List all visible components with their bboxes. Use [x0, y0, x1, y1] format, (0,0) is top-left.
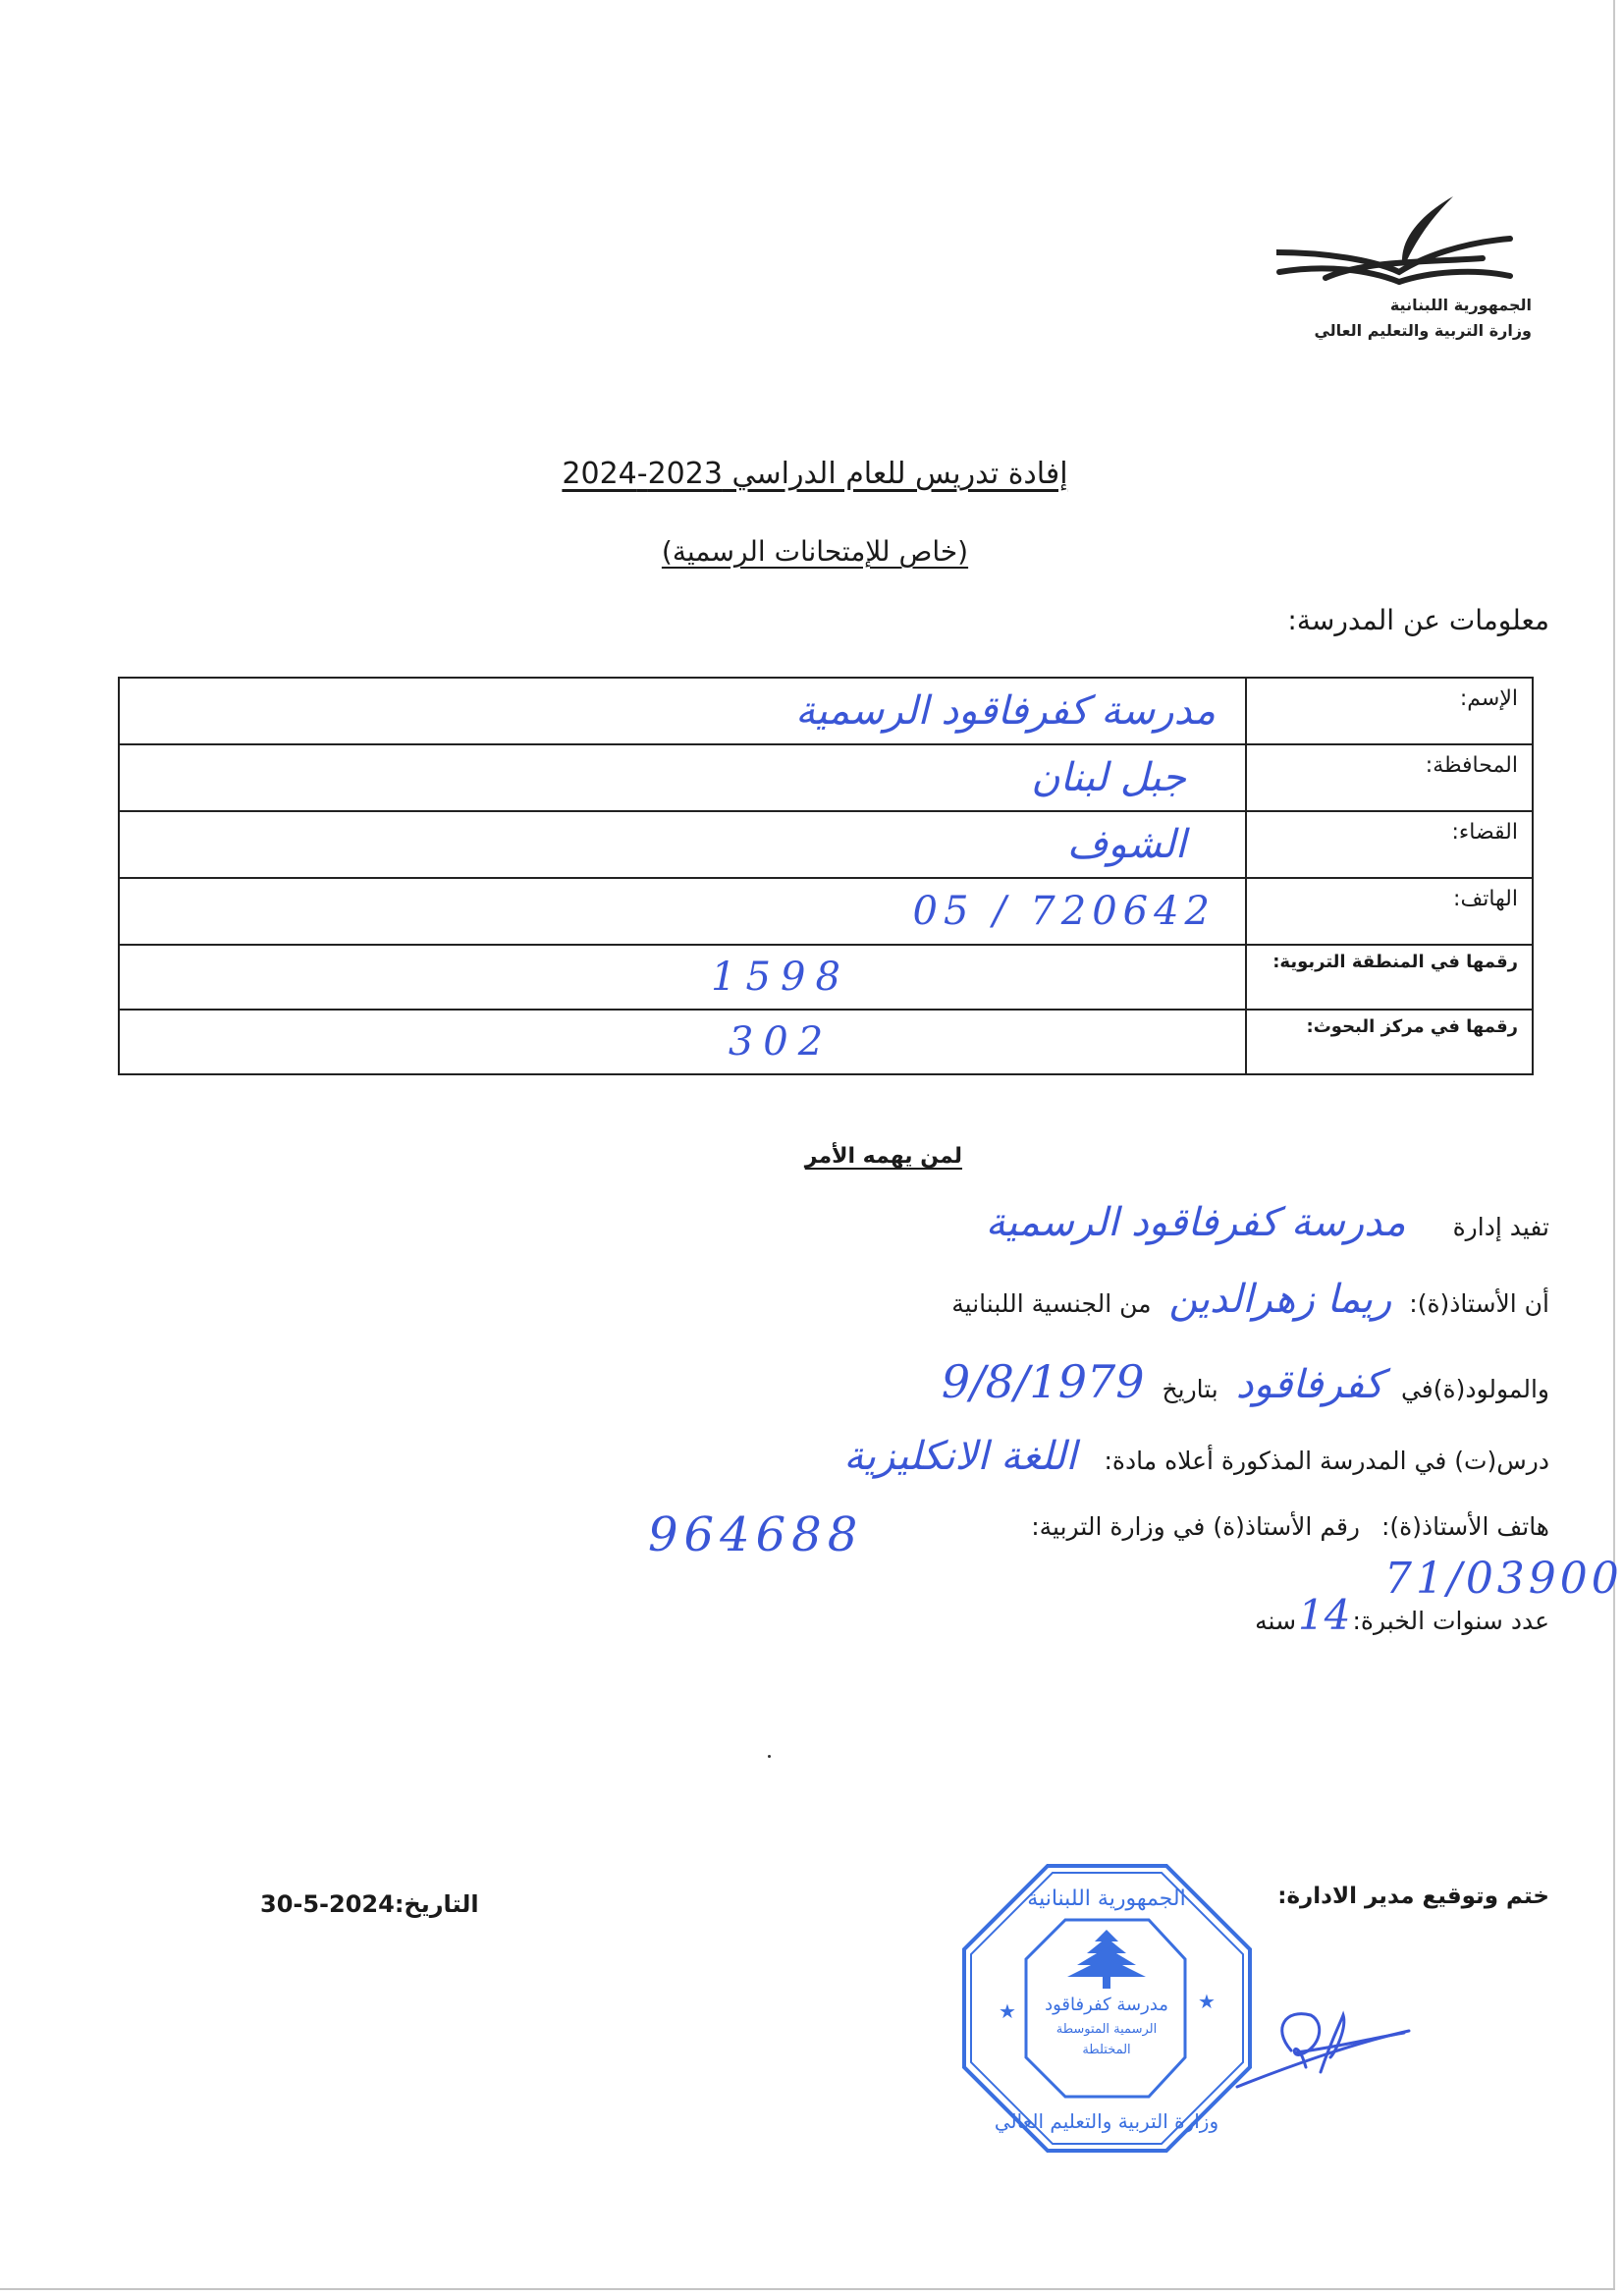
letter-line-phone-moe: هاتف الأستاذ(ة): رقم الأستاذ(ة) في وزارة… — [1031, 1512, 1549, 1541]
line2-prefix: أن الأستاذ(ة): — [1409, 1289, 1549, 1318]
open-book-with-quill-icon — [1276, 191, 1532, 290]
to-whom-heading: لمن يهمه الأمر — [727, 1144, 962, 1169]
line1-school-name: مدرسة كفرفاقود الرسمية — [976, 1200, 1445, 1245]
document-title: إفادة تدريس للعام الدراسي 2023-2024 — [550, 457, 1080, 491]
document-subtitle: (خاص للإمتحانات الرسمية) — [550, 535, 1080, 568]
field-value-name: مدرسة كفرفاقود الرسمية — [119, 678, 1246, 744]
letter-line-experience: عدد سنوات الخبرة:14سنه — [1255, 1591, 1549, 1639]
republic-name: الجمهورية اللبنانية — [1267, 293, 1532, 318]
line5-moe-label: رقم الأستاذ(ة) في وزارة التربية: — [1031, 1512, 1374, 1541]
director-signature — [1227, 1994, 1424, 2092]
field-value-governorate: جبل لبنان — [119, 744, 1246, 811]
letter-line-school: تفيد إدارة مدرسة كفرفاقود الرسمية — [976, 1200, 1549, 1245]
line3-mid: بتاريخ — [1162, 1375, 1217, 1403]
stamp-outer-bottom: وزارة التربية والتعليم العالي — [995, 2109, 1218, 2134]
signature-label: ختم وتوقيع مدير الادارة: — [1277, 1884, 1549, 1909]
table-row-name: الإسم: مدرسة كفرفاقود الرسمية — [119, 678, 1533, 744]
field-label-region-number: رقمها في المنطقة التربوية: — [1246, 945, 1533, 1010]
star-icon: ★ — [1198, 1990, 1216, 2013]
table-row-governorate: المحافظة: جبل لبنان — [119, 744, 1533, 811]
octagonal-stamp-icon: مدرسة كفرفاقود الرسمية المتوسطة المختلطة… — [957, 1861, 1257, 2156]
date-label: التاريخ: — [395, 1890, 479, 1918]
table-row-research-number: رقمها في مركز البحوث: 302 — [119, 1010, 1533, 1074]
field-label-name: الإسم: — [1246, 678, 1533, 744]
scan-edge-right — [1613, 0, 1615, 2288]
line3-birth-place: كفرفاقود — [1226, 1362, 1393, 1407]
field-label-phone: الهاتف: — [1246, 878, 1533, 945]
line6-suffix: سنه — [1255, 1607, 1296, 1635]
field-value-phone: 05 / 720642 — [119, 878, 1246, 945]
table-row-region-number: رقمها في المنطقة التربوية: 1598 — [119, 945, 1533, 1010]
scan-edge-bottom — [0, 2288, 1615, 2290]
line1-prefix: تفيد إدارة — [1453, 1213, 1549, 1241]
field-label-district: القضاء: — [1246, 811, 1533, 878]
line5-phone-label: هاتف الأستاذ(ة): — [1381, 1512, 1549, 1541]
letter-line-teacher: أن الأستاذ(ة): ريما زهرالدين من الجنسية … — [951, 1277, 1549, 1322]
field-value-research-number: 302 — [119, 1010, 1246, 1074]
experience-years-value: 14 — [1296, 1591, 1352, 1639]
ministry-header: الجمهورية اللبنانية وزارة التربية والتعل… — [1267, 293, 1532, 344]
letter-line-subject: درس(ت) في المدرسة المذكورة أعلاه مادة: ا… — [834, 1434, 1549, 1479]
teacher-moe-number-value: 964688 — [648, 1507, 863, 1562]
handwritten-signature-icon — [1227, 1994, 1424, 2092]
school-info-heading: معلومات عن المدرسة: — [1287, 604, 1549, 636]
line4-subject: اللغة الانكليزية — [834, 1434, 1096, 1479]
field-label-governorate: المحافظة: — [1246, 744, 1533, 811]
issue-date: التاريخ:30-5-2024 — [260, 1890, 479, 1918]
table-row-phone: الهاتف: 05 / 720642 — [119, 878, 1533, 945]
letter-line-birth: والمولود(ة)في كفرفاقود بتاريخ 9/8/1979 — [932, 1355, 1549, 1408]
star-icon: ★ — [999, 1999, 1016, 2023]
ministry-name: وزارة التربية والتعليم العالي — [1267, 318, 1532, 344]
field-label-research-number: رقمها في مركز البحوث: — [1246, 1010, 1533, 1074]
line4-prefix: درس(ت) في المدرسة المذكورة أعلاه مادة: — [1104, 1447, 1549, 1475]
stamp-inner-line1: مدرسة كفرفاقود — [1045, 1995, 1168, 2015]
stamp-inner-line2: الرسمية المتوسطة — [1056, 2022, 1157, 2037]
date-value: 30-5-2024 — [260, 1890, 395, 1918]
line2-teacher-name: ريما زهرالدين — [1159, 1277, 1401, 1322]
ministry-logo — [1276, 191, 1532, 290]
line6-prefix: عدد سنوات الخبرة: — [1352, 1607, 1549, 1635]
table-row-district: القضاء: الشوف — [119, 811, 1533, 878]
school-info-table: الإسم: مدرسة كفرفاقود الرسمية المحافظة: … — [118, 677, 1534, 1075]
scan-speck — [768, 1755, 771, 1758]
cedar-tree-icon — [1067, 1930, 1146, 1989]
stamp-outer-top: الجمهورية اللبنانية — [1027, 1886, 1185, 1911]
line3-prefix: والمولود(ة)في — [1401, 1375, 1549, 1403]
stamp-inner-line3: المختلطة — [1082, 2043, 1130, 2057]
field-value-district: الشوف — [119, 811, 1246, 878]
line2-suffix: من الجنسية اللبنانية — [951, 1289, 1151, 1318]
school-stamp: مدرسة كفرفاقود الرسمية المتوسطة المختلطة… — [957, 1861, 1257, 2156]
field-value-region-number: 1598 — [119, 945, 1246, 1010]
line3-birth-date: 9/8/1979 — [932, 1355, 1155, 1408]
